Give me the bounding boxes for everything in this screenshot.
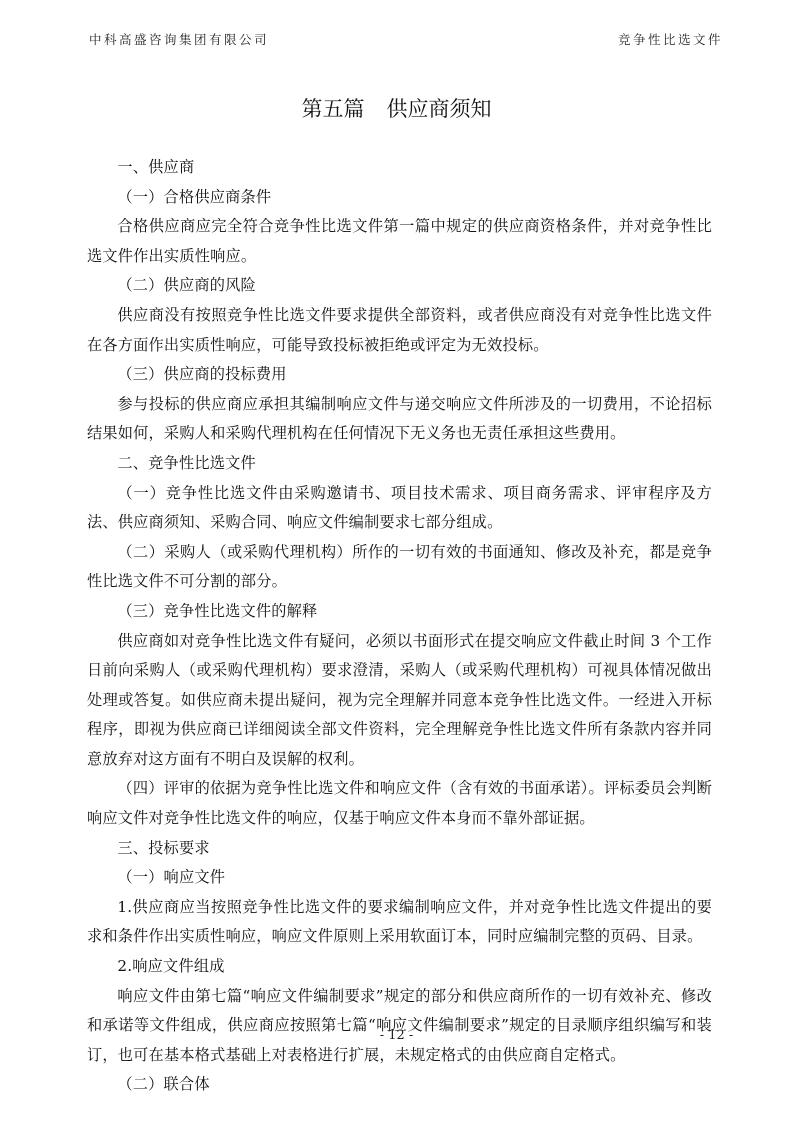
title-name: 供应商须知 — [387, 97, 492, 121]
paragraph: 合格供应商应完全符合竞争性比选文件第一篇中规定的供应商资格条件，并对竞争性比选文… — [87, 212, 712, 271]
page-title: 第五篇供应商须知 — [0, 93, 793, 123]
paragraph: 响应文件由第七篇“响应文件编制要求”规定的部分和供应商所作的一切有效补充、修改和… — [87, 982, 712, 1071]
paragraph: 参与投标的供应商应承担其编制响应文件与递交响应文件所涉及的一切费用，不论招标结果… — [87, 390, 712, 449]
subsection-heading: 2.响应文件组成 — [87, 952, 712, 982]
subsection-heading: （一）合格供应商条件 — [87, 183, 712, 213]
paragraph: （一）竞争性比选文件由采购邀请书、项目技术需求、项目商务需求、评审程序及方法、供… — [87, 479, 712, 538]
section-heading: 三、投标要求 — [87, 834, 712, 864]
subsection-heading: （二）供应商的风险 — [87, 271, 712, 301]
subsection-heading: （一）响应文件 — [87, 863, 712, 893]
paragraph: （二）采购人（或采购代理机构）所作的一切有效的书面通知、修改及补充，都是竞争性比… — [87, 538, 712, 597]
header-document-type: 竞争性比选文件 — [618, 30, 723, 48]
title-part: 第五篇 — [302, 97, 365, 121]
document-body: 一、供应商 （一）合格供应商条件 合格供应商应完全符合竞争性比选文件第一篇中规定… — [87, 153, 712, 1100]
subsection-heading: （三）供应商的投标费用 — [87, 360, 712, 390]
paragraph: （四）评审的依据为竞争性比选文件和响应文件（含有效的书面承诺）。评标委员会判断响… — [87, 774, 712, 833]
section-heading: 二、竞争性比选文件 — [87, 449, 712, 479]
subsection-heading: （三）竞争性比选文件的解释 — [87, 597, 712, 627]
section-heading: 一、供应商 — [87, 153, 712, 183]
paragraph: 供应商没有按照竞争性比选文件要求提供全部资料，或者供应商没有对竞争性比选文件在各… — [87, 301, 712, 360]
subsection-heading: （二）联合体 — [87, 1070, 712, 1100]
header-company-name: 中科高盛咨询集团有限公司 — [89, 30, 269, 48]
paragraph: 供应商如对竞争性比选文件有疑问，必须以书面形式在提交响应文件截止时间 3 个工作… — [87, 627, 712, 775]
page-number: - 12 - — [0, 1028, 793, 1043]
paragraph: 1.供应商应当按照竞争性比选文件的要求编制响应文件，并对竞争性比选文件提出的要求… — [87, 893, 712, 952]
